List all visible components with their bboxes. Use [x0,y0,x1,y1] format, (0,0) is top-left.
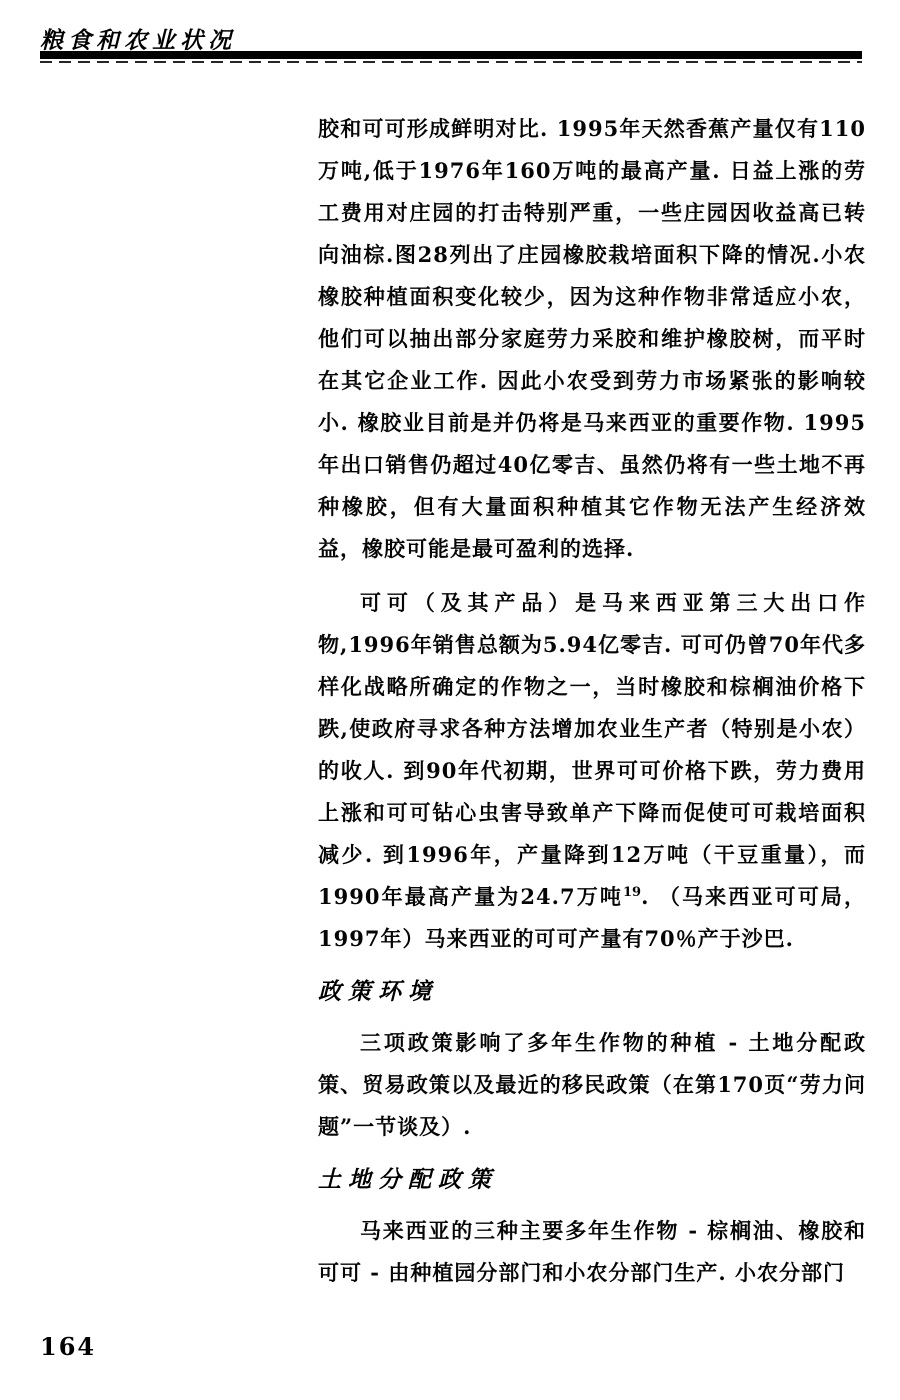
footnote-ref-19: 19 [623,885,641,900]
section-heading-land-allocation: 土地分配政策 [318,1164,866,1196]
paragraph-cocoa: 可可（及其产品）是马来西亚第三大出口作物,1996年销售总额为5.94亿零吉. … [318,582,866,960]
paragraph-policies: 三项政策影响了多年生作物的种植 - 土地分配政策、贸易政策以及最近的移民政策（在… [318,1022,866,1148]
paragraph-rubber: 胶和可可形成鲜明对比. 1995年天然香蕉产量仅有110万吨,低于1976年16… [318,108,866,570]
header-rule [40,51,862,59]
body-text-column: 胶和可可形成鲜明对比. 1995年天然香蕉产量仅有110万吨,低于1976年16… [318,108,866,1306]
page-number: 164 [40,1332,96,1361]
section-heading-policy-environment: 政策环境 [318,976,866,1008]
header-rule-texture [40,61,862,63]
paragraph-cocoa-text-1: 可可（及其产品）是马来西亚第三大出口作物,1996年销售总额为5.94亿零吉. … [318,590,866,909]
document-page: 粮食和农业状况 胶和可可形成鲜明对比. 1995年天然香蕉产量仅有110万吨,低… [0,0,900,1400]
paragraph-land-allocation: 马来西亚的三种主要多年生作物 - 棕榈油、橡胶和可可 - 由种植园分部门和小农分… [318,1210,866,1294]
